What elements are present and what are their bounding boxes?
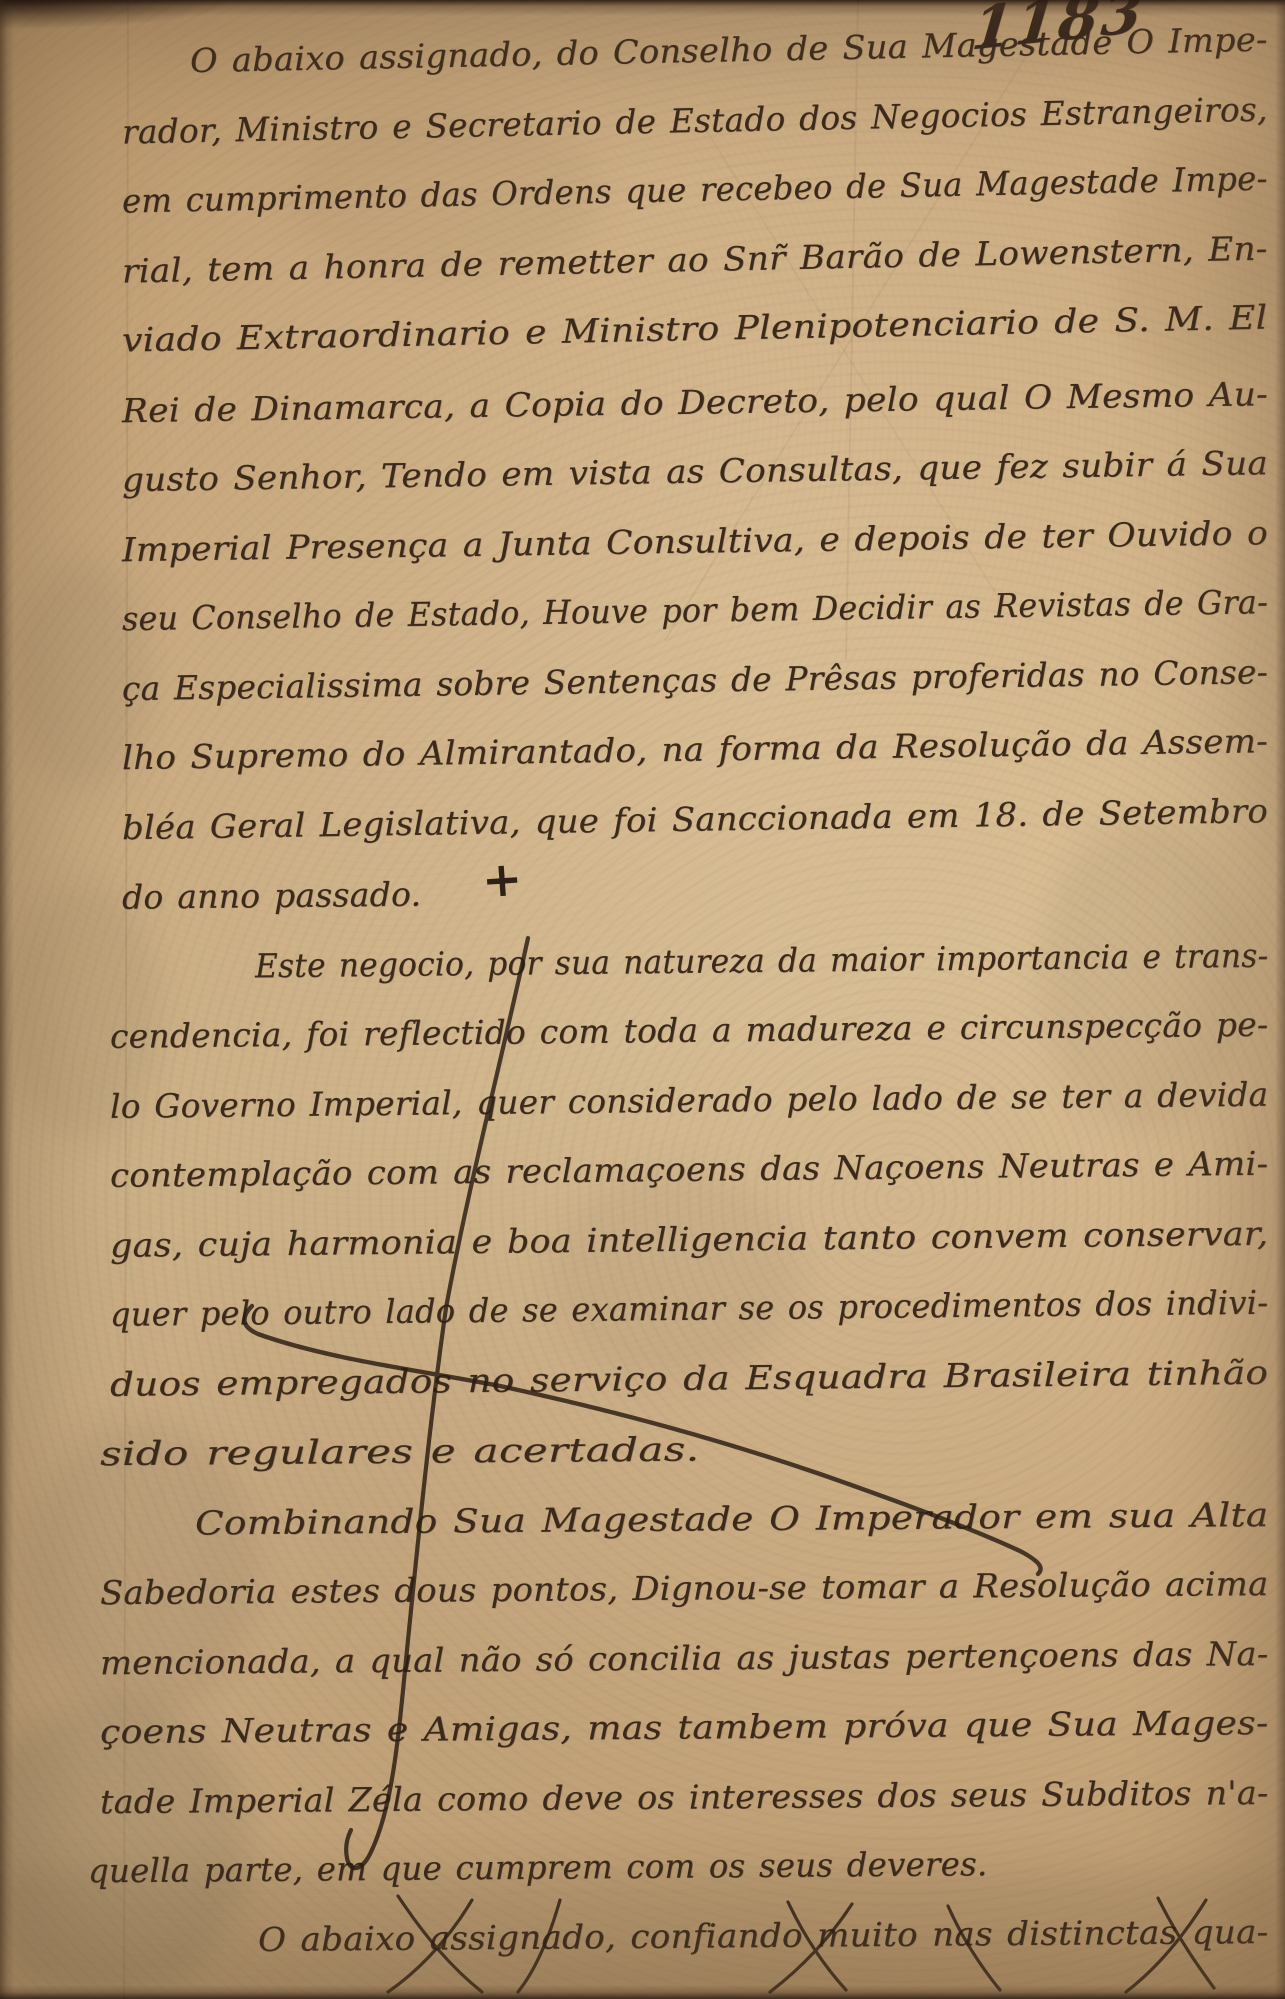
manuscript-line: contemplação com as reclamaçoens das Naç… (0, 1129, 1285, 1212)
page-edge-shadow-bottom (0, 1985, 1285, 1999)
manuscript-page: 1183 O abaixo assignado, do Conselho de … (0, 0, 1285, 1999)
manuscript-line: cendencia, foi reflectido com toda a mad… (0, 990, 1285, 1073)
manuscript-line: mencionada, a qual não só concilia as ju… (0, 1618, 1285, 1698)
manuscript-text: O abaixo assignado, do Conselho de Sua M… (0, 30, 1285, 1976)
plus-annotation-mark: + (480, 851, 524, 910)
manuscript-line: duos empregados no serviço da Esquadra B… (0, 1337, 1285, 1420)
manuscript-line: gas, cuja harmonia e boa intelligencia t… (0, 1198, 1285, 1281)
manuscript-line: quer pelo outro lado de se examinar se o… (0, 1268, 1285, 1351)
manuscript-line: tade Imperial Zéla como deve os interess… (0, 1757, 1285, 1837)
manuscript-line: çoens Neutras e Amigas, mas tambem próva… (0, 1688, 1285, 1768)
manuscript-line: lo Governo Imperial, quer considerado pe… (0, 1059, 1285, 1142)
manuscript-line: O abaixo assignado, confiando muito nas … (0, 1896, 1285, 1976)
manuscript-line: Combinando Sua Magestade O Imperador em … (0, 1479, 1285, 1559)
manuscript-line: Sabedoria estes dous pontos, Dignou-se t… (0, 1549, 1285, 1629)
manuscript-line: sido regulares e acertadas. (0, 1410, 1285, 1490)
manuscript-line: quella parte, em que cumprem com os seus… (0, 1827, 1285, 1907)
manuscript-line: Este negocio, por sua natureza da maior … (0, 920, 1285, 1003)
manuscript-line: do anno passado. (0, 851, 1285, 934)
